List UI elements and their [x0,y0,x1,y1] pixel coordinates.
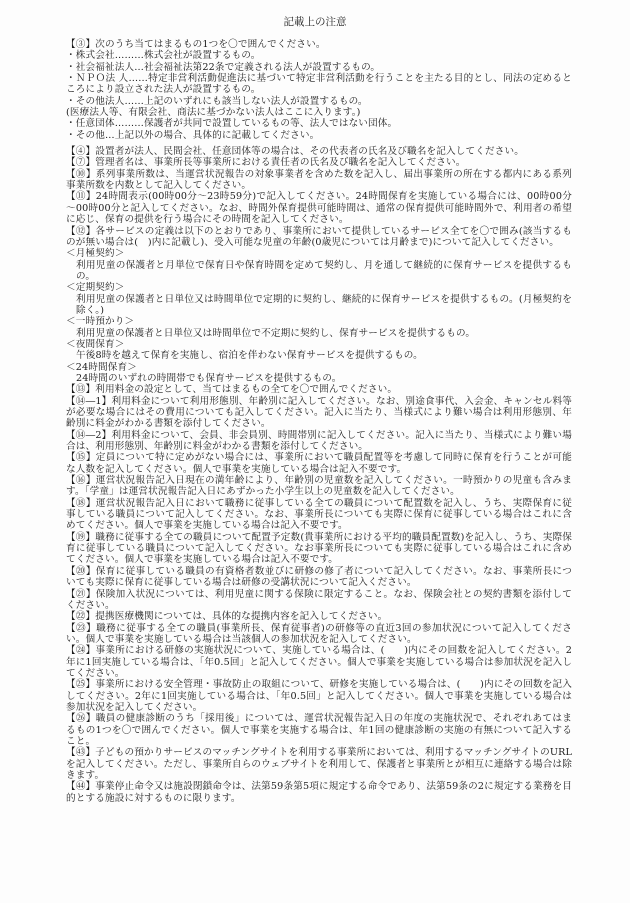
definition-body-regular: 利用児童の保護者と日単位又は時間単位で定期的に契約し、継続的に保育サービスを提供… [66,294,572,317]
note-3-heading: 【③】次のうち当てはまるもの1つを〇で囲んでください。 [66,39,572,50]
note-3-option-nin-i: ・任意団体………保護者が共同で設置しているもの等、法人ではない団体。 [66,118,572,129]
definition-body-night: 午後8時を越えて保育を実施し、宿泊を伴わない保育サービスを提供するもの。 [66,350,572,361]
note-11: 【⑪】24時間表示(00時00分～23時59分)で記入してください。24時間保育… [66,191,572,225]
note-section-3: 【③】次のうち当てはまるもの1つを〇で囲んでください。 ・株式会社………株式会社… [66,39,572,141]
note-25: 【㉕】事業所における安全管理・事故防止の取組について、研修を実施している場合は、… [66,679,572,713]
note-18: 【⑱】運営状況報告記入日において職務に従事している全ての職員について配置数を記入… [66,498,572,532]
note-26: 【㉖】職員の健康診断のうち「採用後」については、運営状況報告記入日の年度の実施状… [66,713,572,747]
page-title: 記載上の注意 [0,16,630,28]
note-20: 【⑳】保育に従事している職員の有資格者数並びに研修の修了者について記入してくださ… [66,566,572,589]
definition-body-24h: 24時間のいずれの時間帯でも保育サービスを提供するもの。 [66,373,572,384]
note-23: 【㉓】職務に従事する全ての職員(事業所長、保育従事者)の研修等の直近3回の参加状… [66,623,572,646]
note-21: 【㉑】保険加入状況については、利用児童に関する保険に限定すること。なお、保険会社… [66,589,572,612]
definition-body-monthly: 利用児童の保護者と月単位で保育日や保育時間を定めて契約し、月を通して継続的に保育… [66,260,572,283]
note-3-option-shakaifukushi: ・社会福祉法人…社会福祉法第22条で定義される法人が設置するもの。 [66,62,572,73]
note-3-option-npo: ・ＮＰＯ法 人……特定非営利活動促進法に基づいて特定非営利活動を行うことを主たる… [66,73,572,96]
note-24: 【㉔】事業所における研修の実施状況について、実施している場合は、( )内にその回… [66,645,572,679]
note-22: 【㉒】提携医療機関については、具体的な提携内容を記入してください。 [66,611,572,622]
note-3-option-other-corp: ・その他法人……上記のいずれにも該当しない法人が設置するもの。 [66,96,572,107]
note-16: 【⑯】運営状況報告記入日現在の満年齢により、年齢別の児童数を記入してください。一… [66,475,572,498]
note-section-12: 【⑫】各サービスの定義は以下のとおりであり、事業所において提供しているサービス全… [66,226,572,385]
definition-heading-temporary: ＜一時預かり＞ [66,316,572,327]
note-3-option-other-corp-note: (医療法人等、有限会社、商法に基づかない法人はここに入ります。) [66,107,572,118]
notes-body: 【③】次のうち当てはまるもの1つを〇で囲んでください。 ・株式会社………株式会社… [66,39,572,804]
note-3-option-kabushiki: ・株式会社………株式会社が設置するもの。 [66,50,572,61]
note-14-2: 【⑭―2】利用料金について、会員、非会員別、時間帯別に記入してください。記入に当… [66,430,572,453]
definition-heading-night: ＜夜間保育＞ [66,339,572,350]
note-7: 【⑦】管理者名は、事業所長等事業所における責任者の氏名及び職名を記入してください… [66,157,572,168]
note-4: 【④】設置者が法人、民間会社、任意団体等の場合は、その代表者の氏名及び職名を記入… [66,146,572,157]
note-43: 【㊸】子どもの預かりサービスのマッチングサイトを利用する事業所においては、利用す… [66,747,572,781]
definition-heading-regular: ＜定期契約＞ [66,282,572,293]
definition-heading-24h: ＜24時間保育＞ [66,362,572,373]
note-3-option-other: ・その他…上記以外の場合、具体的に記載してください。 [66,130,572,141]
definition-body-temporary: 利用児童の保護者と日単位又は時間単位で不定期に契約し、保育サービスを提供するもの… [66,328,572,339]
note-44: 【㊹】事業停止命令又は施設閉鎖命令は、法第59条第5項に規定する命令であり、法第… [66,781,572,804]
definition-heading-monthly: ＜月極契約＞ [66,248,572,259]
note-10: 【⑩】系列事業所数は、当運営状況報告の対象事業者を含めた数を記入し、届出事業所の… [66,169,572,192]
note-14-1: 【⑭―1】利用料金について利用形態別、年齢別に記入してください。なお、別途食事代… [66,396,572,430]
note-13: 【⑬】利用料金の設定として、当てはまるもの全てを〇で囲んでください。 [66,384,572,395]
note-15: 【⑮】定員について特に定めがない場合には、事業所において職員配置等を考慮して同時… [66,452,572,475]
note-19: 【⑲】職務に従事する全ての職員について配置予定数(貴事業所における平均的職員配置… [66,532,572,566]
note-12: 【⑫】各サービスの定義は以下のとおりであり、事業所において提供しているサービス全… [66,226,572,249]
document-page: 記載上の注意 【③】次のうち当てはまるもの1つを〇で囲んでください。 ・株式会社… [0,0,630,903]
